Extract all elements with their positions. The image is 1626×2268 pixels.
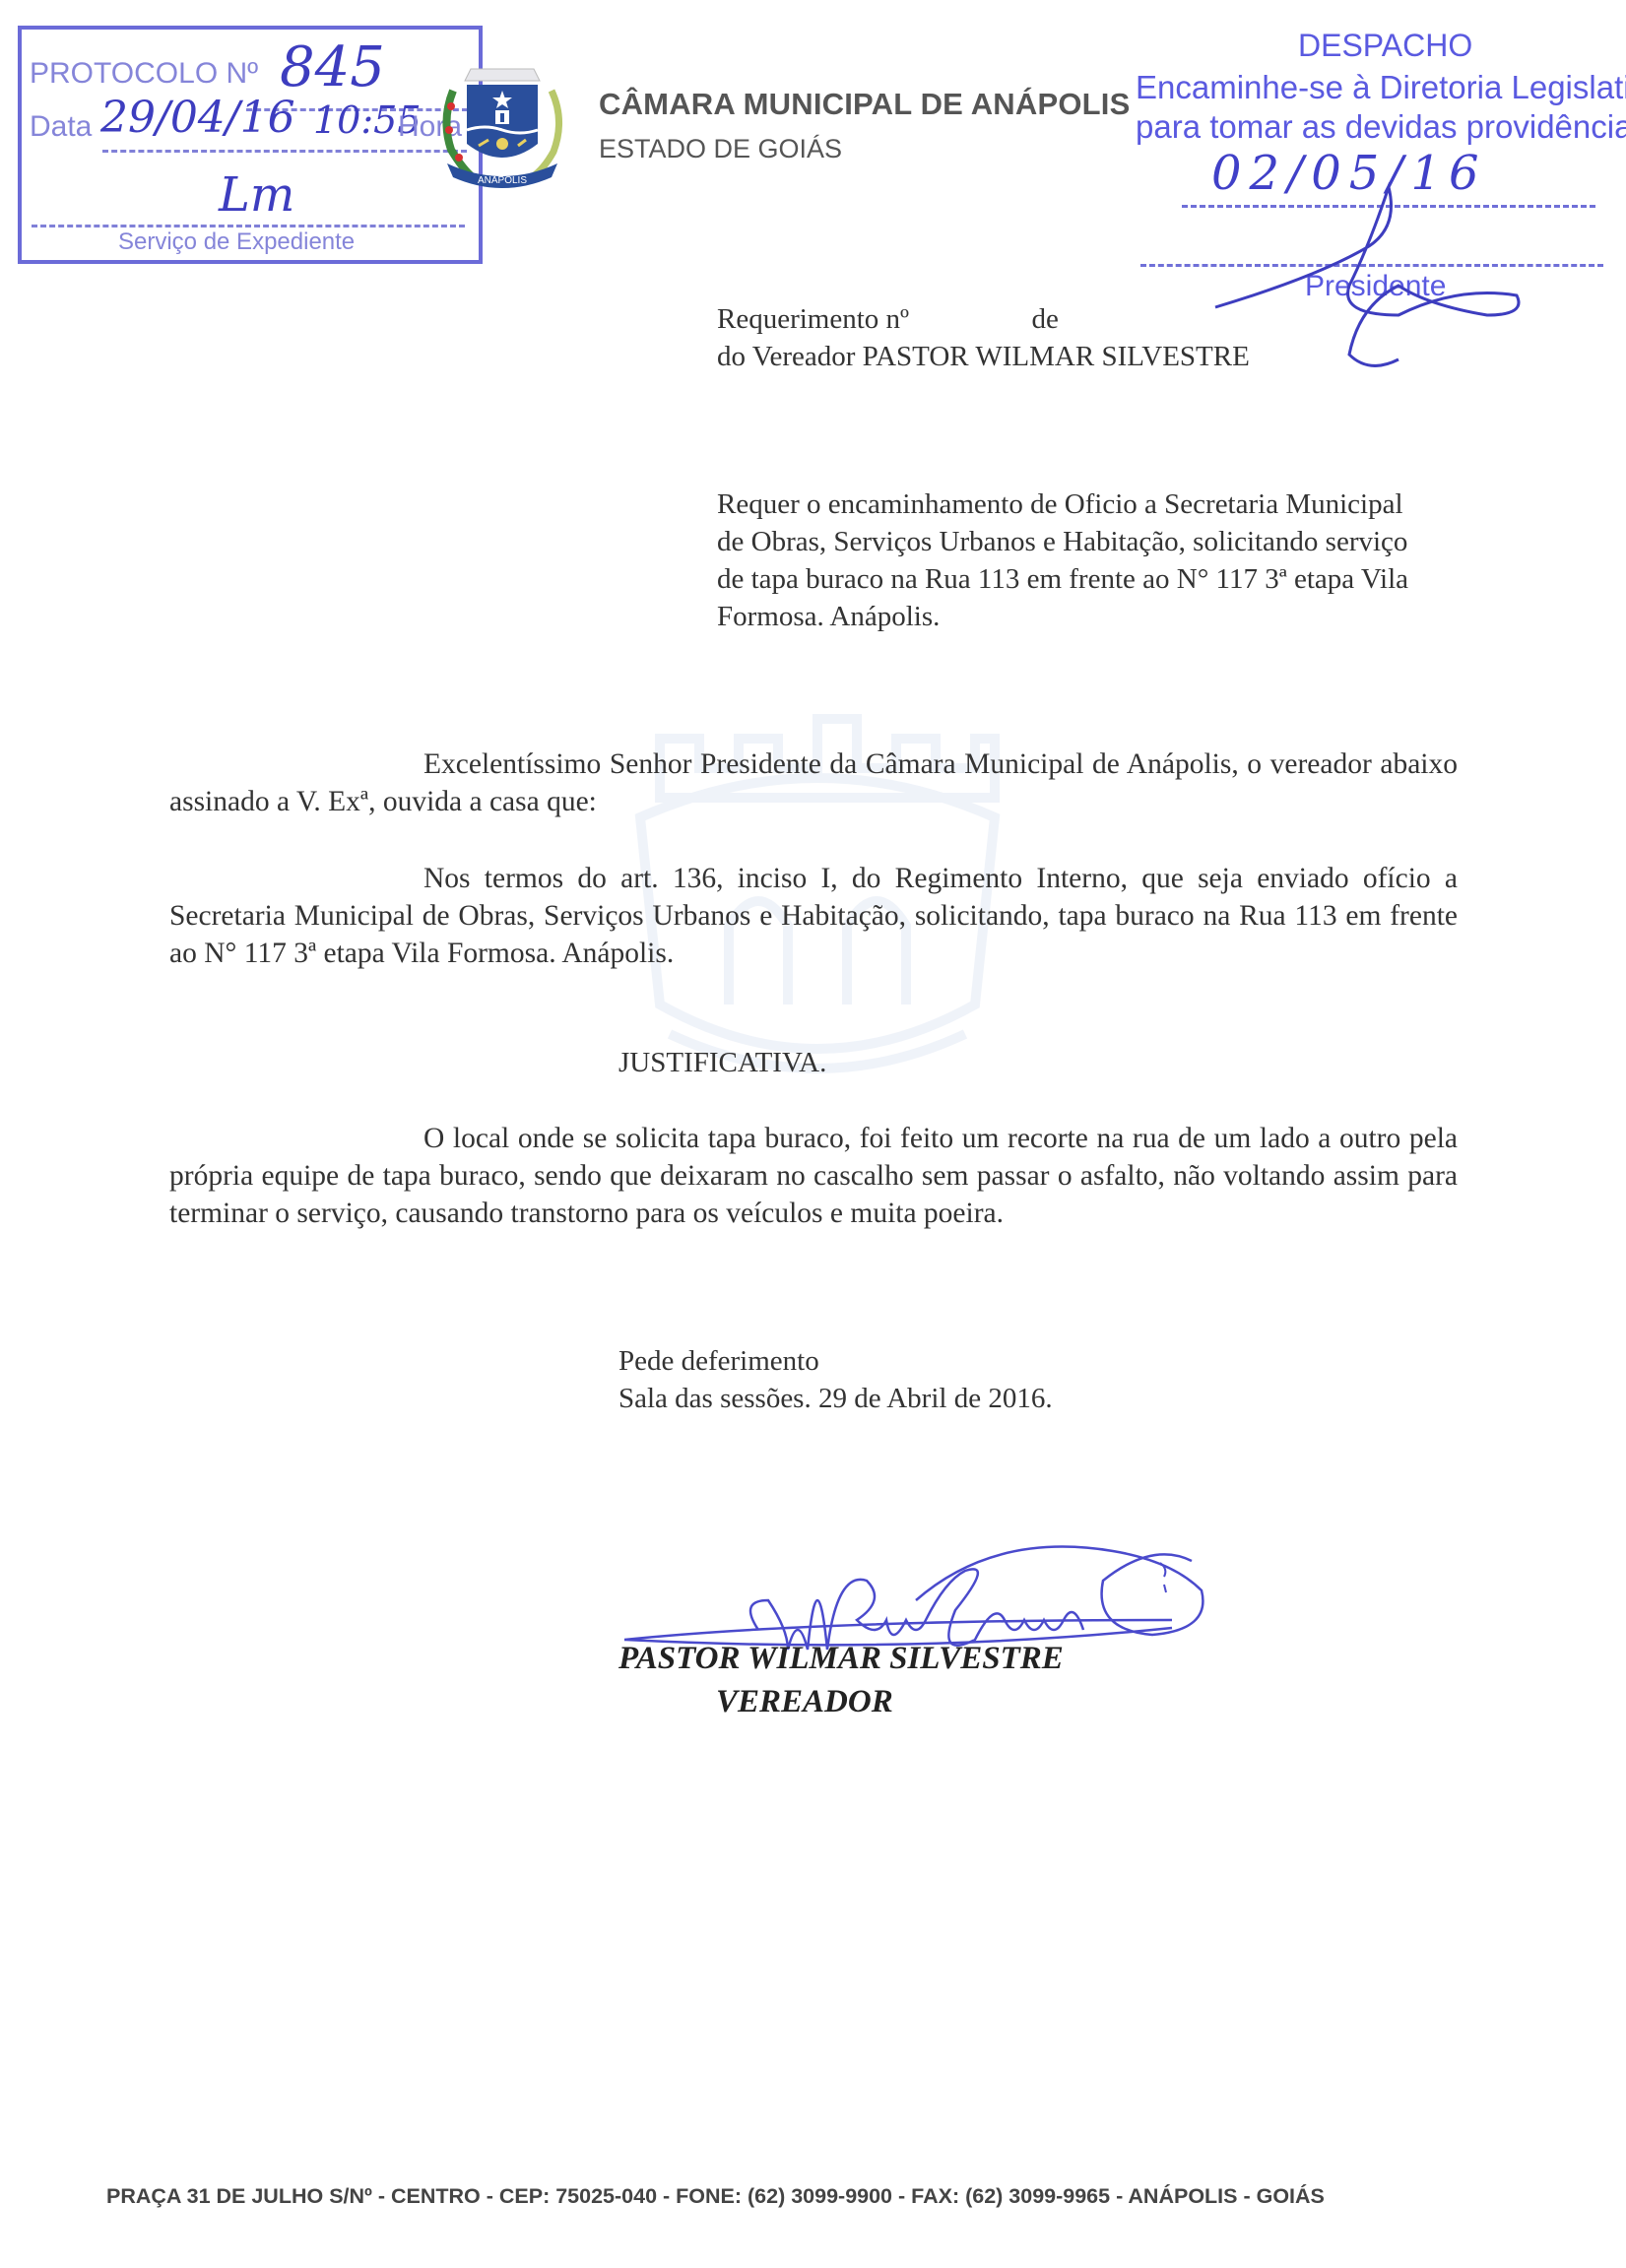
stamp-initials: Lm bbox=[219, 167, 294, 223]
president-signature-icon bbox=[1202, 167, 1536, 384]
despacho-title: DESPACHO bbox=[1298, 28, 1472, 64]
city-crest-icon: ANÁPOLIS bbox=[433, 61, 571, 199]
paragraph-1: Excelentíssimo Senhor Presidente da Câma… bbox=[169, 745, 1458, 820]
despacho-line1: Encaminhe-se à Diretoria Legislativa bbox=[1136, 69, 1626, 106]
date-value: 29/04/16 bbox=[100, 93, 295, 143]
stamp-signature-line bbox=[32, 225, 465, 227]
protocol-stamp: PROTOCOLO Nº 845 Data 29/04/16 10:55 Hor… bbox=[18, 26, 483, 264]
justification-paragraph: O local onde se solicita tapa buraco, fo… bbox=[169, 1120, 1458, 1232]
requerimento-de: de bbox=[1032, 303, 1059, 335]
page-subtitle: ESTADO DE GOIÁS bbox=[599, 134, 842, 164]
paragraph-2: Nos termos do art. 136, inciso I, do Reg… bbox=[169, 860, 1458, 972]
crest-banner: ANÁPOLIS bbox=[478, 173, 527, 186]
signatory-role: VEREADOR bbox=[716, 1684, 893, 1720]
date-line bbox=[102, 150, 467, 153]
footer-address: PRAÇA 31 DE JULHO S/Nº - CENTRO - CEP: 7… bbox=[106, 2184, 1325, 2209]
signatory-name: PASTOR WILMAR SILVESTRE bbox=[618, 1641, 1064, 1677]
protocol-number: 845 bbox=[280, 35, 385, 99]
despacho-line2: para tomar as devidas providências bbox=[1136, 108, 1626, 146]
ementa: Requer o encaminhamento de Oficio a Secr… bbox=[717, 486, 1426, 635]
author-line: do Vereador PASTOR WILMAR SILVESTRE bbox=[717, 338, 1250, 375]
closing-line-1: Pede deferimento bbox=[618, 1345, 819, 1378]
justification-title: JUSTIFICATIVA. bbox=[618, 1047, 826, 1079]
date-label: Data bbox=[30, 110, 92, 144]
closing-line-2: Sala das sessões. 29 de Abril de 2016. bbox=[618, 1383, 1053, 1415]
stamp-department: Serviço de Expediente bbox=[118, 228, 355, 256]
protocol-label: PROTOCOLO Nº bbox=[30, 57, 258, 91]
requerimento-label: Requerimento nº bbox=[717, 303, 909, 335]
requerimento-line: Requerimento nº de bbox=[717, 300, 1059, 338]
page-title: CÂMARA MUNICIPAL DE ANÁPOLIS bbox=[599, 87, 1131, 122]
